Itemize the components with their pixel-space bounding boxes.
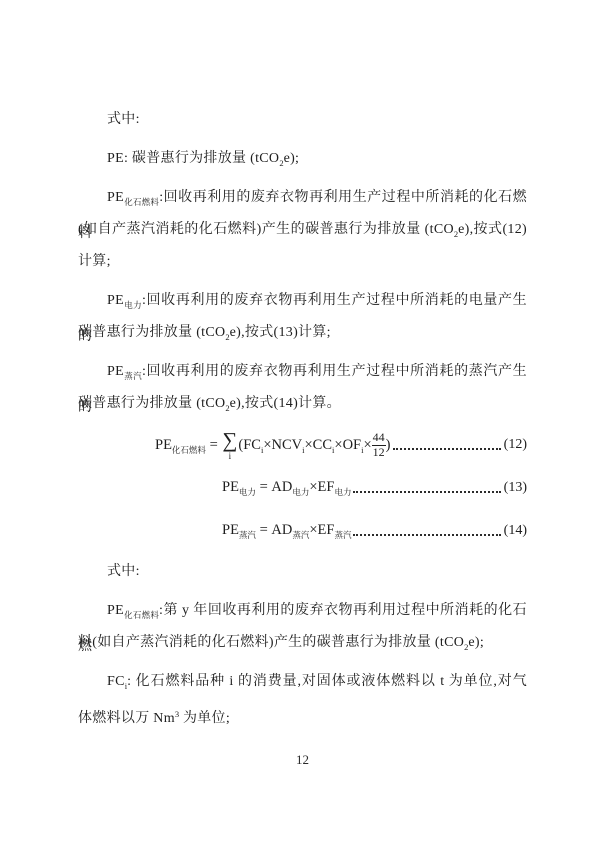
label-formula-terms-2: 式中:	[78, 556, 527, 588]
label-formula-terms-1: 式中:	[78, 104, 527, 136]
line-pe-electricity-def-1: PE电力:回收再利用的废弃衣物再利用生产过程中所消耗的电量产生的	[78, 285, 527, 317]
line-pe-fossil-def-1: PE化石燃料:回收再利用的废弃衣物再利用生产过程中所消耗的化石燃料	[78, 182, 527, 214]
line-pe-fossil-def-2: (如自产蒸汽消耗的化石燃料)产生的碳普惠行为排放量 (tCO2e),按式(12)	[78, 214, 527, 246]
line-pe-fossil-def-3: 计算;	[78, 246, 527, 278]
page-number: 12	[78, 752, 527, 768]
formula-12: PE化石燃料 = ∑i(FCi×NCVi×CCi×OFi×4412) (12)	[78, 422, 527, 468]
line-pe-steam-def-1: PE蒸汽:回收再利用的废弃衣物再利用生产过程中所消耗的蒸汽产生的	[78, 356, 527, 388]
dot-leader	[393, 448, 501, 450]
equation-number-13: (13)	[504, 480, 527, 496]
line-fc-def-1: FCi: 化石燃料品种 i 的消费量,对固体或液体燃料以 t 为单位,对气	[78, 666, 527, 698]
dot-leader	[353, 534, 500, 536]
document-page: 式中: PE: 碳普惠行为排放量 (tCO2e); PE化石燃料:回收再利用的废…	[0, 0, 600, 848]
line-pe-fossil-year-def-1: PE化石燃料:第 y 年回收再利用的废弃衣物再利用过程中所消耗的化石燃	[78, 595, 527, 627]
dot-leader	[353, 491, 500, 493]
formula-13-expression: PE电力 = AD电力×EF电力	[222, 479, 351, 498]
equation-number-14: (14)	[504, 523, 527, 539]
line-pe-steam-def-2: 碳普惠行为排放量 (tCO2e),按式(14)计算。	[78, 388, 527, 420]
page-content: 式中: PE: 碳普惠行为排放量 (tCO2e); PE化石燃料:回收再利用的废…	[0, 0, 600, 730]
line-pe-total-definition: PE: 碳普惠行为排放量 (tCO2e);	[78, 143, 527, 175]
formula-12-expression: PE化石燃料 = ∑i(FCi×NCVi×CCi×OFi×4412)	[155, 430, 391, 461]
formula-13: PE电力 = AD电力×EF电力 (13)	[78, 470, 527, 506]
line-fc-def-2: 体燃料以万 Nm3 为单位;	[78, 698, 527, 730]
equation-number-12: (12)	[504, 437, 527, 453]
line-pe-fossil-year-def-2: 料(如自产蒸汽消耗的化石燃料)产生的碳普惠行为排放量 (tCO2e);	[78, 627, 527, 659]
line-pe-electricity-def-2: 碳普惠行为排放量 (tCO2e),按式(13)计算;	[78, 317, 527, 349]
formula-14: PE蒸汽 = AD蒸汽×EF蒸汽 (14)	[78, 513, 527, 549]
formula-14-expression: PE蒸汽 = AD蒸汽×EF蒸汽	[222, 522, 351, 541]
